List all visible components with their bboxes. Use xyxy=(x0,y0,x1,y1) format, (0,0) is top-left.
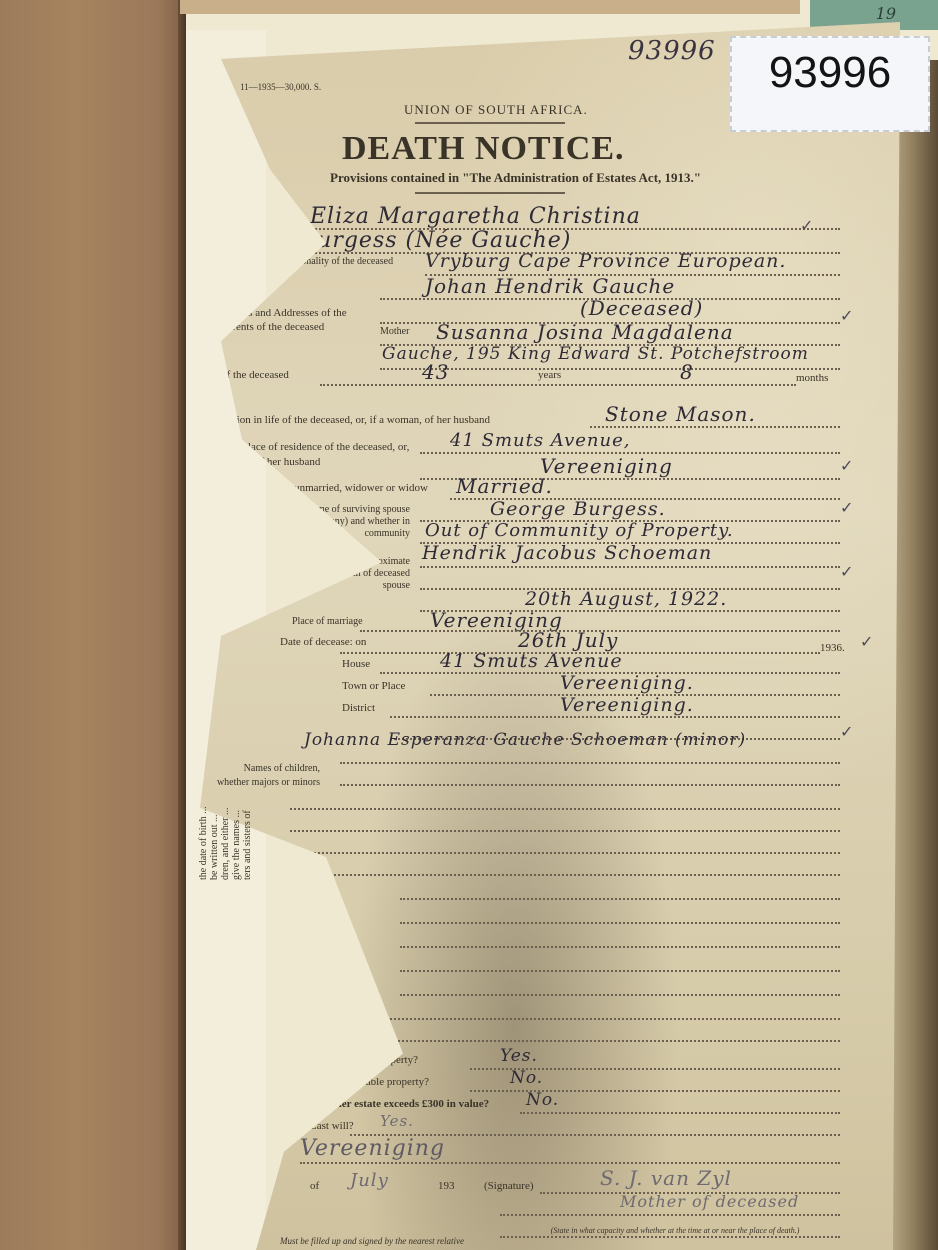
mother-sublabel: Mother xyxy=(380,326,409,337)
field-line xyxy=(340,762,840,764)
occupation-value: Stone Mason. xyxy=(605,402,756,426)
residence-street: 41 Smuts Avenue, xyxy=(450,430,630,451)
father-name: Johan Hendrik Gauche xyxy=(425,274,675,298)
field-line xyxy=(400,994,840,996)
top-paper-edge xyxy=(180,0,800,14)
decease-date-value: 26th July xyxy=(518,628,618,652)
children-label: Names of children, whether majors or min… xyxy=(210,762,320,790)
signature-value: S. J. van Zyl xyxy=(600,1166,732,1190)
marital-status-value: Married. xyxy=(456,474,553,498)
field-line xyxy=(340,784,840,786)
field-line xyxy=(290,852,840,854)
date-signed-of-label: of xyxy=(310,1180,319,1192)
field-line xyxy=(290,874,840,876)
deceased-first-names: Eliza Margaretha Christina xyxy=(310,204,641,229)
capacity-note: (State in what capacity and whether at t… xyxy=(550,1226,800,1236)
form-country: UNION OF SOUTH AFRICA. xyxy=(404,102,588,118)
district-value: Vereeniging. xyxy=(560,694,694,716)
field-line xyxy=(400,946,840,948)
field-line xyxy=(400,970,840,972)
decease-year: 1936. xyxy=(820,642,845,654)
residence-town: Vereeniging xyxy=(540,454,673,478)
field-line xyxy=(400,922,840,924)
print-code: 11—1935—30,000. S. xyxy=(240,82,321,92)
mother-name: Susanna Josina Magdalena xyxy=(436,320,734,344)
check-mark-icon: ✓ xyxy=(840,498,853,517)
archive-label-number: 93996 xyxy=(732,48,928,98)
children-value: Johanna Esperanza Gauche Schoeman (minor… xyxy=(304,730,746,750)
check-mark-icon: ✓ xyxy=(840,456,853,475)
field-line xyxy=(400,898,840,900)
footer-note: Must be filled up and signed by the near… xyxy=(280,1236,464,1246)
field-line xyxy=(290,830,840,832)
check-mark-icon: ✓ xyxy=(860,632,873,651)
field-line xyxy=(500,1214,840,1216)
town-label: Town or Place xyxy=(342,680,405,692)
field-line xyxy=(300,1162,840,1164)
field-line xyxy=(420,566,840,568)
house-value: 41 Smuts Avenue xyxy=(440,650,623,672)
archive-label-sticker: 93996 xyxy=(730,36,930,132)
check-mark-icon: ✓ xyxy=(800,216,813,235)
handwritten-archive-number: 93996 xyxy=(628,36,716,66)
years-label: years xyxy=(538,369,561,381)
months-label: months xyxy=(796,372,828,384)
archive-tab-number: 19 xyxy=(876,4,896,23)
check-mark-icon: ✓ xyxy=(840,722,853,741)
age-months: 8 xyxy=(680,360,694,384)
town-value: Vereeniging. xyxy=(560,672,694,694)
movable-property-value: Yes. xyxy=(500,1046,538,1066)
marriage-place-label: Place of marriage xyxy=(292,616,363,627)
decease-date-label: Date of decease: on xyxy=(280,636,366,648)
field-line xyxy=(390,716,840,718)
nationality-value: Vryburg Cape Province European. xyxy=(425,250,786,272)
field-line xyxy=(370,1040,840,1042)
field-line xyxy=(500,1236,840,1238)
field-line xyxy=(590,426,840,428)
signature-label: (Signature) xyxy=(484,1180,533,1192)
occupation-label: Occupation in life of the deceased, or, … xyxy=(200,414,490,426)
immovable-property-value: No. xyxy=(510,1068,543,1088)
form-title: DEATH NOTICE. xyxy=(342,130,625,168)
previous-spouse-name: Hendrik Jacobus Schoeman xyxy=(422,542,712,564)
community-status: Out of Community of Property. xyxy=(425,520,734,541)
check-mark-icon: ✓ xyxy=(840,306,853,325)
date-signed-month: July xyxy=(350,1170,389,1191)
manila-folder-cover xyxy=(0,0,186,1250)
side-note-rotated: the date of birth ... be written out ...… xyxy=(198,800,222,880)
district-label: District xyxy=(342,702,375,714)
field-line xyxy=(520,1112,840,1114)
will-value: Yes. xyxy=(380,1112,414,1130)
capacity-value: Mother of deceased xyxy=(620,1192,799,1211)
house-label: House xyxy=(342,658,370,670)
previous-spouse-death-date: 20th August, 1922. xyxy=(525,588,727,610)
check-mark-icon: ✓ xyxy=(840,562,853,581)
date-signed-year-prefix: 193 xyxy=(438,1180,455,1192)
place-signed: Vereeniging xyxy=(300,1136,445,1161)
estate-value-value: No. xyxy=(526,1090,559,1110)
age-years: 43 xyxy=(422,360,449,384)
field-line xyxy=(290,808,840,810)
subtitle-rule xyxy=(415,192,565,194)
father-status: (Deceased) xyxy=(580,296,703,320)
title-rule xyxy=(415,122,565,124)
field-line xyxy=(320,384,796,386)
form-subtitle: Provisions contained in "The Administrat… xyxy=(330,170,701,186)
spouse-name: George Burgess. xyxy=(490,498,666,520)
field-line xyxy=(370,1018,840,1020)
